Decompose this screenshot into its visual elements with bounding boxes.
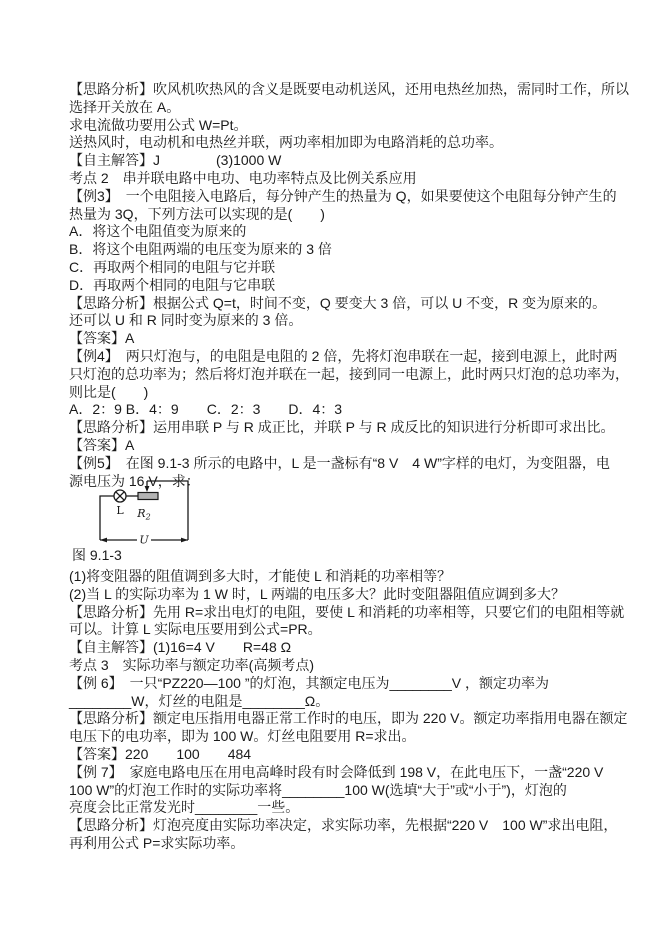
text-line: 只灯泡的总功率为；然后将灯泡并联在一起，接到同一电源上，此时两只灯泡的总功率为， [69,366,609,384]
text-line: 【答案】A [69,437,609,455]
text-line: B．将这个电阻两端的电压变为原来的 3 倍 [69,241,609,259]
text-line: 考点 2 串并联电路中电功、电功率特点及比例关系应用 [69,170,609,188]
text-line: 送热风时，电动机和电热丝并联，两功率相加即为电路消耗的总功率。 [69,134,609,152]
text-line: 【思路分析】先用 R=求出电灯的电阻，要使 L 和消耗的功率相等，只要它们的电阻… [69,604,609,622]
text-line: 【思路分析】额定电压指用电器正常工作时的电压，即为 220 V。额定功率指用电器… [69,710,609,728]
lamp-icon [114,490,126,502]
rheostat-slider-arrow [145,481,150,492]
text-line: 【思路分析】根据公式 Q=t，时间不变，Q 要变大 3 倍，可以 U 不变，R … [69,295,609,313]
resistor-label: R2 [136,507,150,522]
text-line: 热量为 3Q，下列方法可以实现的是( ) [69,206,609,224]
left-wire [100,496,114,540]
text-line: 【思路分析】运用串联 P 与 R 成正比，并联 P 与 R 成反比的知识进行分析… [69,419,609,437]
lamp-label: L [116,504,124,517]
text-line: A．将这个电阻值变为原来的 [69,223,609,241]
text-line: (1)将变阻器的阻值调到多大时，才能使 L 和消耗的功率相等？ [69,568,609,586]
document-text-lower: (1)将变阻器的阻值调到多大时，才能使 L 和消耗的功率相等？(2)当 L 的实… [69,568,609,853]
top-right-wire [147,481,188,540]
text-line: 可以。计算 L 实际电压要用到公式=PR。 [69,621,609,639]
text-line: C．再取两个相同的电阻与它并联 [69,259,609,277]
text-line: 电压下的电功率，即为 100 W。灯丝电阻要用 R=求出。 [69,728,609,746]
text-line: (2)当 L 的实际功率为 1 W 时，L 两端的电压多大？此时变阻器阻值应调到… [69,586,609,604]
text-line: 求电流做功要用公式 W=Pt。 [69,117,609,135]
text-line: 【例4】 两只灯泡与，的电阻是电阻的 2 倍，先将灯泡串联在一起，接到电源上，此… [69,348,609,366]
text-line: A．2：9 B．4：9 C．2：3 D．4：3 [69,401,609,419]
text-line: 【答案】220 100 484 [69,746,609,764]
text-line: 【例5】 在图 9.1-3 所示的电路中，L 是一盏标有“8 V 4 W”字样的… [69,455,609,473]
text-line: 【思路分析】吹风机吹热风的含义是既要电动机送风，还用电热丝加热，需同时工作，所以 [69,81,609,99]
document-text-upper: 【思路分析】吹风机吹热风的含义是既要电动机送风，还用电热丝加热，需同时工作，所以… [69,81,609,490]
text-line: 【思路分析】灯泡亮度由实际功率决定，求实际功率，先根据“220 V 100 W”… [69,817,609,835]
text-line: 还可以 U 和 R 同时变为原来的 3 倍。 [69,312,609,330]
text-line: ________W，灯丝的电阻是________Ω。 [69,693,609,711]
text-line: 考点 3 实际功率与额定功率(高频考点) [69,657,609,675]
text-line: 【自主解答】J (3)1000 W [69,152,609,170]
text-line: 【答案】A [69,330,609,348]
circuit-diagram: L R2 U [93,473,197,545]
text-line: 则比是( ) [69,384,609,402]
text-line: 【例 6】 一只“PZ220—100 ”的灯泡，其额定电压为________V … [69,675,609,693]
text-line: 【例3】 一个电阻接入电路后，每分钟产生的热量为 Q，如果要使这个电阻每分钟产生… [69,188,609,206]
text-line: 亮度会比正常发光时________一些。 [69,799,609,817]
voltage-label: U [139,534,149,546]
text-line: 【例 7】 家庭电路电压在用电高峰时段有时会降低到 198 V，在此电压下，一盏… [69,764,609,782]
text-line: D．再取两个相同的电阻与它串联 [69,277,609,295]
text-line: 选择开关放在 A。 [69,99,609,117]
text-line: 再利用公式 P=求实际功率。 [69,835,609,853]
text-line: 【自主解答】(1)16=4 V R=48 Ω [69,639,609,657]
rheostat-body [138,493,158,500]
figure-caption: 图 9.1-3 [72,547,122,564]
text-line: 100 W”的灯泡工作时的实际功率将________100 W(选填“大于”或“… [69,782,609,800]
